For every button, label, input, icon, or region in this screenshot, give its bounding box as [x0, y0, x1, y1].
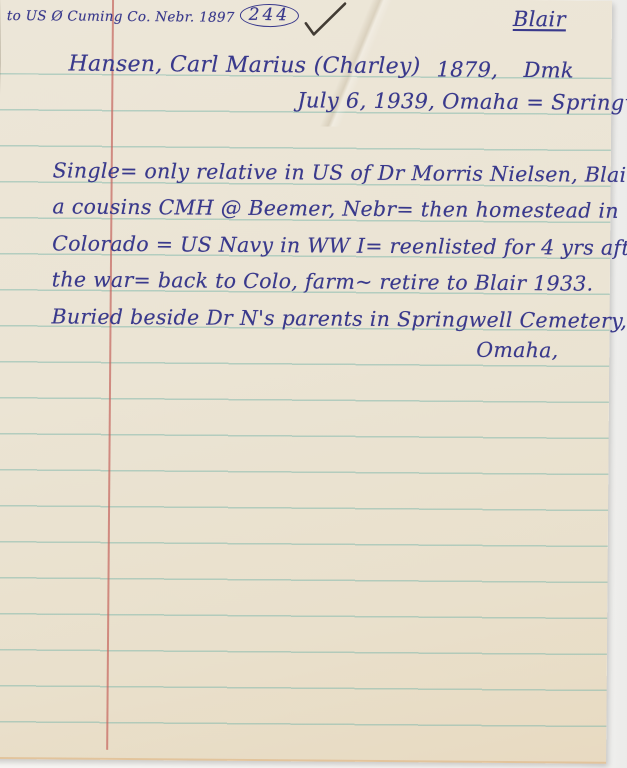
note-line: the war= back to Colo, farm~ retire to B…	[52, 267, 594, 295]
death-date-place: July 6, 1939, Omaha = Springwell	[297, 88, 627, 115]
birth-year: 1879,	[436, 57, 498, 81]
source-note-text: to US Ø Cuming Co. Nebr. 1897	[7, 7, 235, 25]
birth-country: Dmk	[523, 58, 574, 82]
circled-page-number: 244	[240, 4, 300, 27]
note-line: Omaha,	[476, 338, 558, 363]
note-line: Single= only relative in US of Dr Morris…	[53, 158, 627, 187]
note-line: Colorado = US Navy in WW I= reenlisted f…	[52, 231, 627, 260]
source-annotation: to US Ø Cuming Co. Nebr. 1897 244	[7, 4, 299, 29]
note-line: a cousins CMH @ Beemer, Nebr= then homes…	[52, 194, 619, 222]
person-name: Hansen, Carl Marius (Charley)	[68, 51, 420, 79]
checkmark-icon	[302, 1, 348, 39]
notebook-paper: to US Ø Cuming Co. Nebr. 1897 244 Blair …	[0, 0, 612, 764]
note-line: Buried beside Dr N's parents in Springwe…	[51, 304, 627, 333]
location-heading: Blair	[513, 7, 566, 31]
